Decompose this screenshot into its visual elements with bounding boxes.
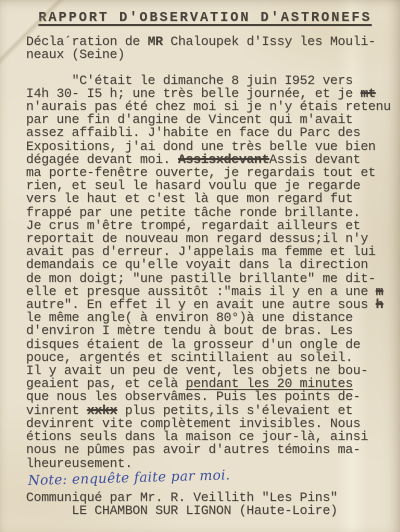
declaration-block: Décla´ration de MR Chaloupek d'Issy les …	[26, 35, 394, 61]
text-segment: Chaloupek d'Issy les Mouli-	[163, 34, 376, 49]
text-segment: lheureusement.	[26, 456, 132, 471]
document-line: LE CHAMBON SUR LIGNON (Haute-Loire)	[26, 504, 394, 517]
document-line: neaux (Seine)	[26, 48, 394, 61]
scanned-document-page: RAPPORT D'OBSERVATION D'ASTRONEFS Décla´…	[0, 0, 400, 532]
text-segment: MR	[148, 34, 163, 49]
text-segment: LE CHAMBON SUR LIGNON (Haute-Loire)	[26, 503, 338, 518]
text-segment: neaux (Seine)	[26, 47, 125, 62]
document-title: RAPPORT D'OBSERVATION D'ASTRONEFS	[16, 12, 394, 25]
footer-block: Communiqué par Mr. R. Veillith "Les Pins…	[26, 491, 394, 517]
struck-text: h	[376, 297, 384, 312]
report-body: "C'était le dimanche 8 juin I952 versI4h…	[26, 74, 394, 470]
